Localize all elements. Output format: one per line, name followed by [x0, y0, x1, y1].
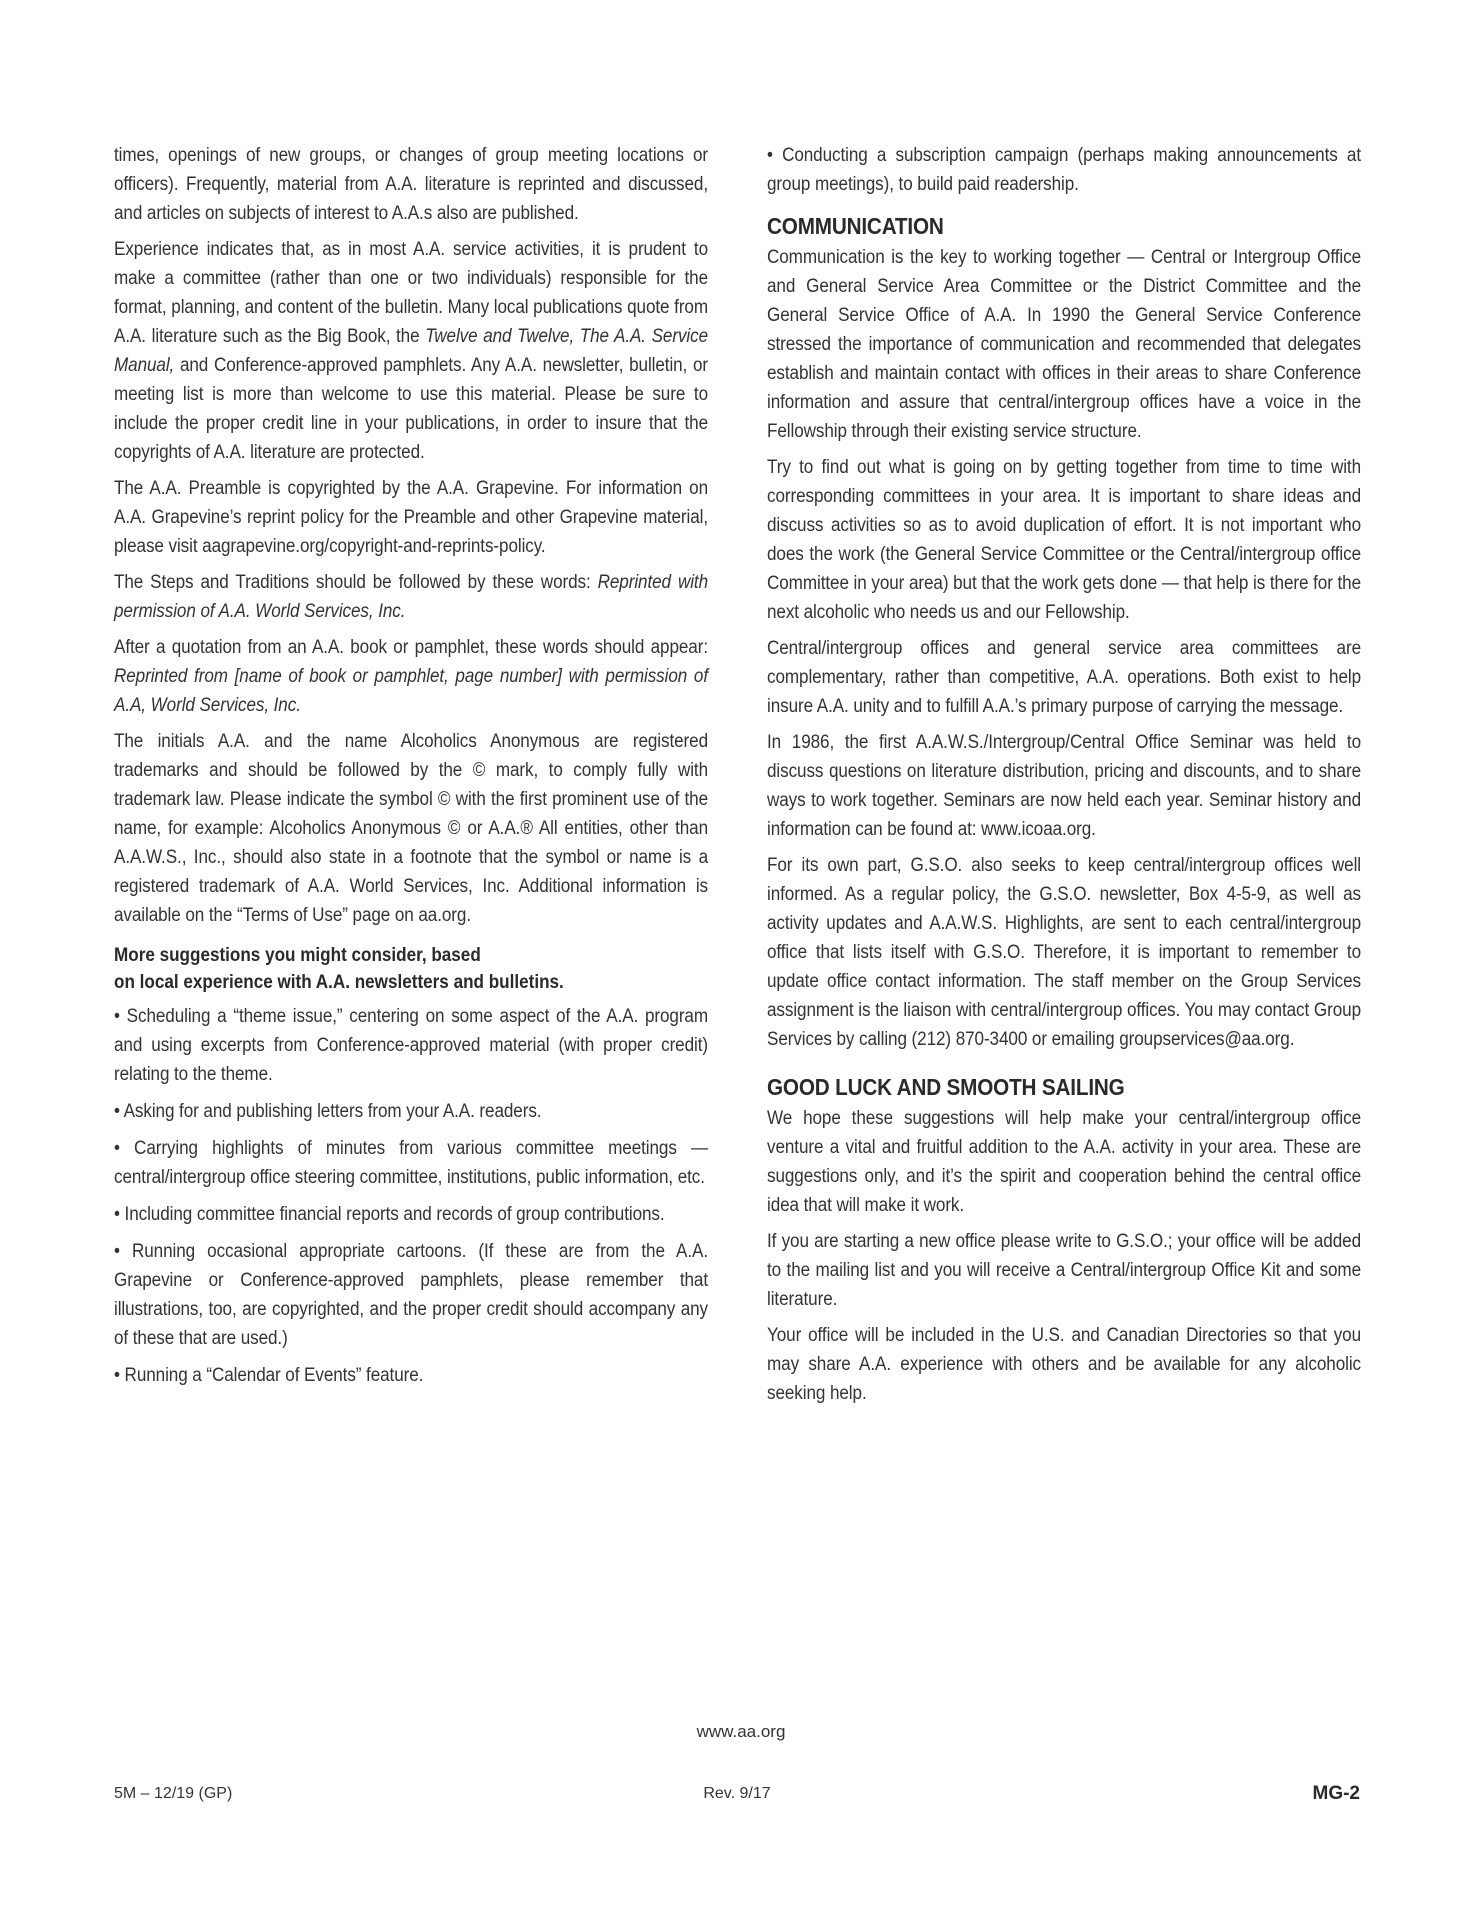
paragraph: Your office will be included in the U.S.… [767, 1321, 1361, 1408]
suggestions-subheading: More suggestions you might consider, bas… [114, 942, 708, 996]
paragraph: If you are starting a new office please … [767, 1227, 1361, 1314]
paragraph-trademarks: The initials A.A. and the name Alcoholic… [114, 727, 708, 930]
paragraph-announcements: times, openings of new groups, or change… [114, 141, 708, 228]
credit-line: Reprinted from [name of book or pamphlet… [114, 666, 708, 716]
paragraph: In 1986, the first A.A.W.S./Intergroup/C… [767, 728, 1361, 844]
section-heading-good-luck: GOOD LUCK AND SMOOTH SAILING [767, 1072, 1361, 1102]
paragraph: Try to find out what is going on by gett… [767, 453, 1361, 627]
list-item: • Running a “Calendar of Events” feature… [114, 1361, 708, 1390]
paragraph-committee-experience: Experience indicates that, as in most A.… [114, 235, 708, 467]
section-heading-communication: COMMUNICATION [767, 211, 1361, 241]
paragraph: Communication is the key to working toge… [767, 243, 1361, 446]
left-column: times, openings of new groups, or change… [114, 141, 708, 1398]
revision-label: Rev. 9/17 [114, 1785, 1360, 1803]
list-item: • Carrying highlights of minutes from va… [114, 1134, 708, 1192]
list-item: • Scheduling a “theme issue,” centering … [114, 1002, 708, 1089]
paragraph-steps-traditions-credit: The Steps and Traditions should be follo… [114, 568, 708, 626]
paragraph-quotation-credit: After a quotation from an A.A. book or p… [114, 633, 708, 720]
right-column: • Conducting a subscription campaign (pe… [767, 141, 1361, 1415]
list-item: • Asking for and publishing letters from… [114, 1097, 708, 1126]
footer-website: www.aa.org [0, 1722, 1482, 1742]
page-identifier: MG-2 [1313, 1783, 1361, 1805]
paragraph-preamble-copyright: The A.A. Preamble is copyrighted by the … [114, 474, 708, 561]
footer: 5M – 12/19 (GP) Rev. 9/17 MG-2 [114, 1785, 1360, 1809]
list-item: • Conducting a subscription campaign (pe… [767, 141, 1361, 199]
paragraph: Central/intergroup offices and general s… [767, 634, 1361, 721]
paragraph: For its own part, G.S.O. also seeks to k… [767, 851, 1361, 1054]
list-item: • Including committee financial reports … [114, 1200, 708, 1229]
list-item: • Running occasional appropriate cartoon… [114, 1237, 708, 1353]
paragraph: We hope these suggestions will help make… [767, 1104, 1361, 1220]
